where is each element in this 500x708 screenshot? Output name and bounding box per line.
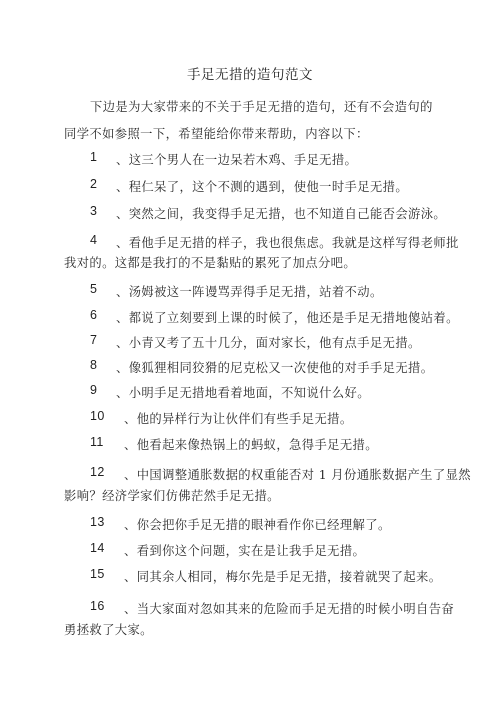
item-number: 6 [90, 308, 116, 322]
item-number: 16 [90, 599, 114, 613]
sentence-item-6: 6、都说了立刻要到上课的时候了，他还是手足无措地傻站着。 [90, 308, 459, 326]
item-text: 、他看起来像热锅上的蚂蚁，急得手足无措。 [124, 435, 378, 453]
item-text: 、像狐狸相同狡猾的尼克松又一次使他的对手手足无措。 [116, 358, 433, 376]
item-number: 10 [90, 409, 114, 423]
item-number: 12 [90, 465, 114, 479]
item-text: 、小青又考了五十几分，面对家长，他有点手足无措。 [116, 333, 421, 351]
item-text: 、这三个男人在一边呆若木鸡、手足无措。 [116, 150, 357, 168]
item-number: 3 [90, 204, 116, 218]
sentence-item-12-continuation: 影响？经济学家们仿佛茫然手足无措。 [64, 486, 280, 504]
sentence-item-13: 13、你会把你手足无措的眼神看作你已经理解了。 [90, 515, 391, 533]
intro-line-1: 下边是为大家带来的不关于手足无措的造句，还有不会造句的 [90, 97, 433, 115]
sentence-item-16: 16、当大家面对忽如其来的危险而手足无措的时候小明自告奋 [90, 599, 454, 617]
item-text: 、看他手足无措的样子，我也很焦虑。我就是这样写得老师批 [116, 233, 459, 251]
sentence-item-8: 8、像狐狸相同狡猾的尼克松又一次使他的对手手足无措。 [90, 358, 433, 376]
item-text: 、他的异样行为让伙伴们有些手足无措。 [124, 409, 353, 427]
sentence-item-2: 2、程仁呆了，这个不测的遇到，使他一时手足无措。 [90, 177, 408, 195]
sentence-item-4-continuation: 我对的。这都是我打的不是黏贴的累死了加点分吧。 [64, 253, 356, 271]
item-number: 7 [90, 333, 116, 347]
document-title: 手足无措的造句范文 [0, 63, 500, 83]
item-text: 、同其余人相同，梅尔先是手足无措，接着就哭了起来。 [124, 567, 441, 585]
document-page: 手足无措的造句范文 下边是为大家带来的不关于手足无措的造句，还有不会造句的 同学… [0, 0, 500, 708]
sentence-item-7: 7、小青又考了五十几分，面对家长，他有点手足无措。 [90, 333, 421, 351]
sentence-item-1: 1、这三个男人在一边呆若木鸡、手足无措。 [90, 150, 357, 168]
item-text: 、当大家面对忽如其来的危险而手足无措的时候小明自告奋 [124, 599, 454, 617]
item-number: 1 [90, 150, 116, 164]
item-number: 15 [90, 567, 114, 581]
sentence-item-3: 3、突然之间，我变得手足无措，也不知道自己能否会游泳。 [90, 204, 446, 222]
item-number: 9 [90, 383, 116, 397]
sentence-item-9: 9、小明手足无措地看着地面，不知说什么好。 [90, 383, 370, 401]
item-number: 4 [90, 233, 116, 247]
sentence-item-5: 5、汤姆被这一阵谩骂弄得手足无措，站着不动。 [90, 282, 383, 300]
item-text: 、看到你这个问题，实在是让我手足无措。 [124, 541, 365, 559]
sentence-item-11: 11、他看起来像热锅上的蚂蚁，急得手足无措。 [90, 435, 378, 453]
item-text: 、中国调整通胀数据的权重能否对 1 月份通胀数据产生了显然 [124, 465, 471, 483]
item-text: 、汤姆被这一阵谩骂弄得手足无措，站着不动。 [116, 282, 383, 300]
sentence-item-12: 12、中国调整通胀数据的权重能否对 1 月份通胀数据产生了显然 [90, 465, 471, 483]
sentence-item-10: 10、他的异样行为让伙伴们有些手足无措。 [90, 409, 353, 427]
intro-line-2: 同学不如参照一下，希望能给你带来帮助，内容以下： [64, 124, 369, 142]
sentence-item-16-continuation: 勇拯救了大家。 [64, 620, 153, 638]
item-text: 、都说了立刻要到上课的时候了，他还是手足无措地傻站着。 [116, 308, 459, 326]
item-text: 、你会把你手足无措的眼神看作你已经理解了。 [124, 515, 391, 533]
item-text: 、突然之间，我变得手足无措，也不知道自己能否会游泳。 [116, 204, 446, 222]
item-number: 11 [90, 435, 114, 449]
sentence-item-14: 14、看到你这个问题，实在是让我手足无措。 [90, 541, 365, 559]
item-number: 2 [90, 177, 116, 191]
item-text: 、小明手足无措地看着地面，不知说什么好。 [116, 383, 370, 401]
item-number: 5 [90, 282, 116, 296]
sentence-item-15: 15、同其余人相同，梅尔先是手足无措，接着就哭了起来。 [90, 567, 441, 585]
sentence-item-4: 4、看他手足无措的样子，我也很焦虑。我就是这样写得老师批 [90, 233, 459, 251]
item-number: 8 [90, 358, 116, 372]
item-number: 13 [90, 515, 114, 529]
item-number: 14 [90, 541, 114, 555]
item-text: 、程仁呆了，这个不测的遇到，使他一时手足无措。 [116, 177, 408, 195]
